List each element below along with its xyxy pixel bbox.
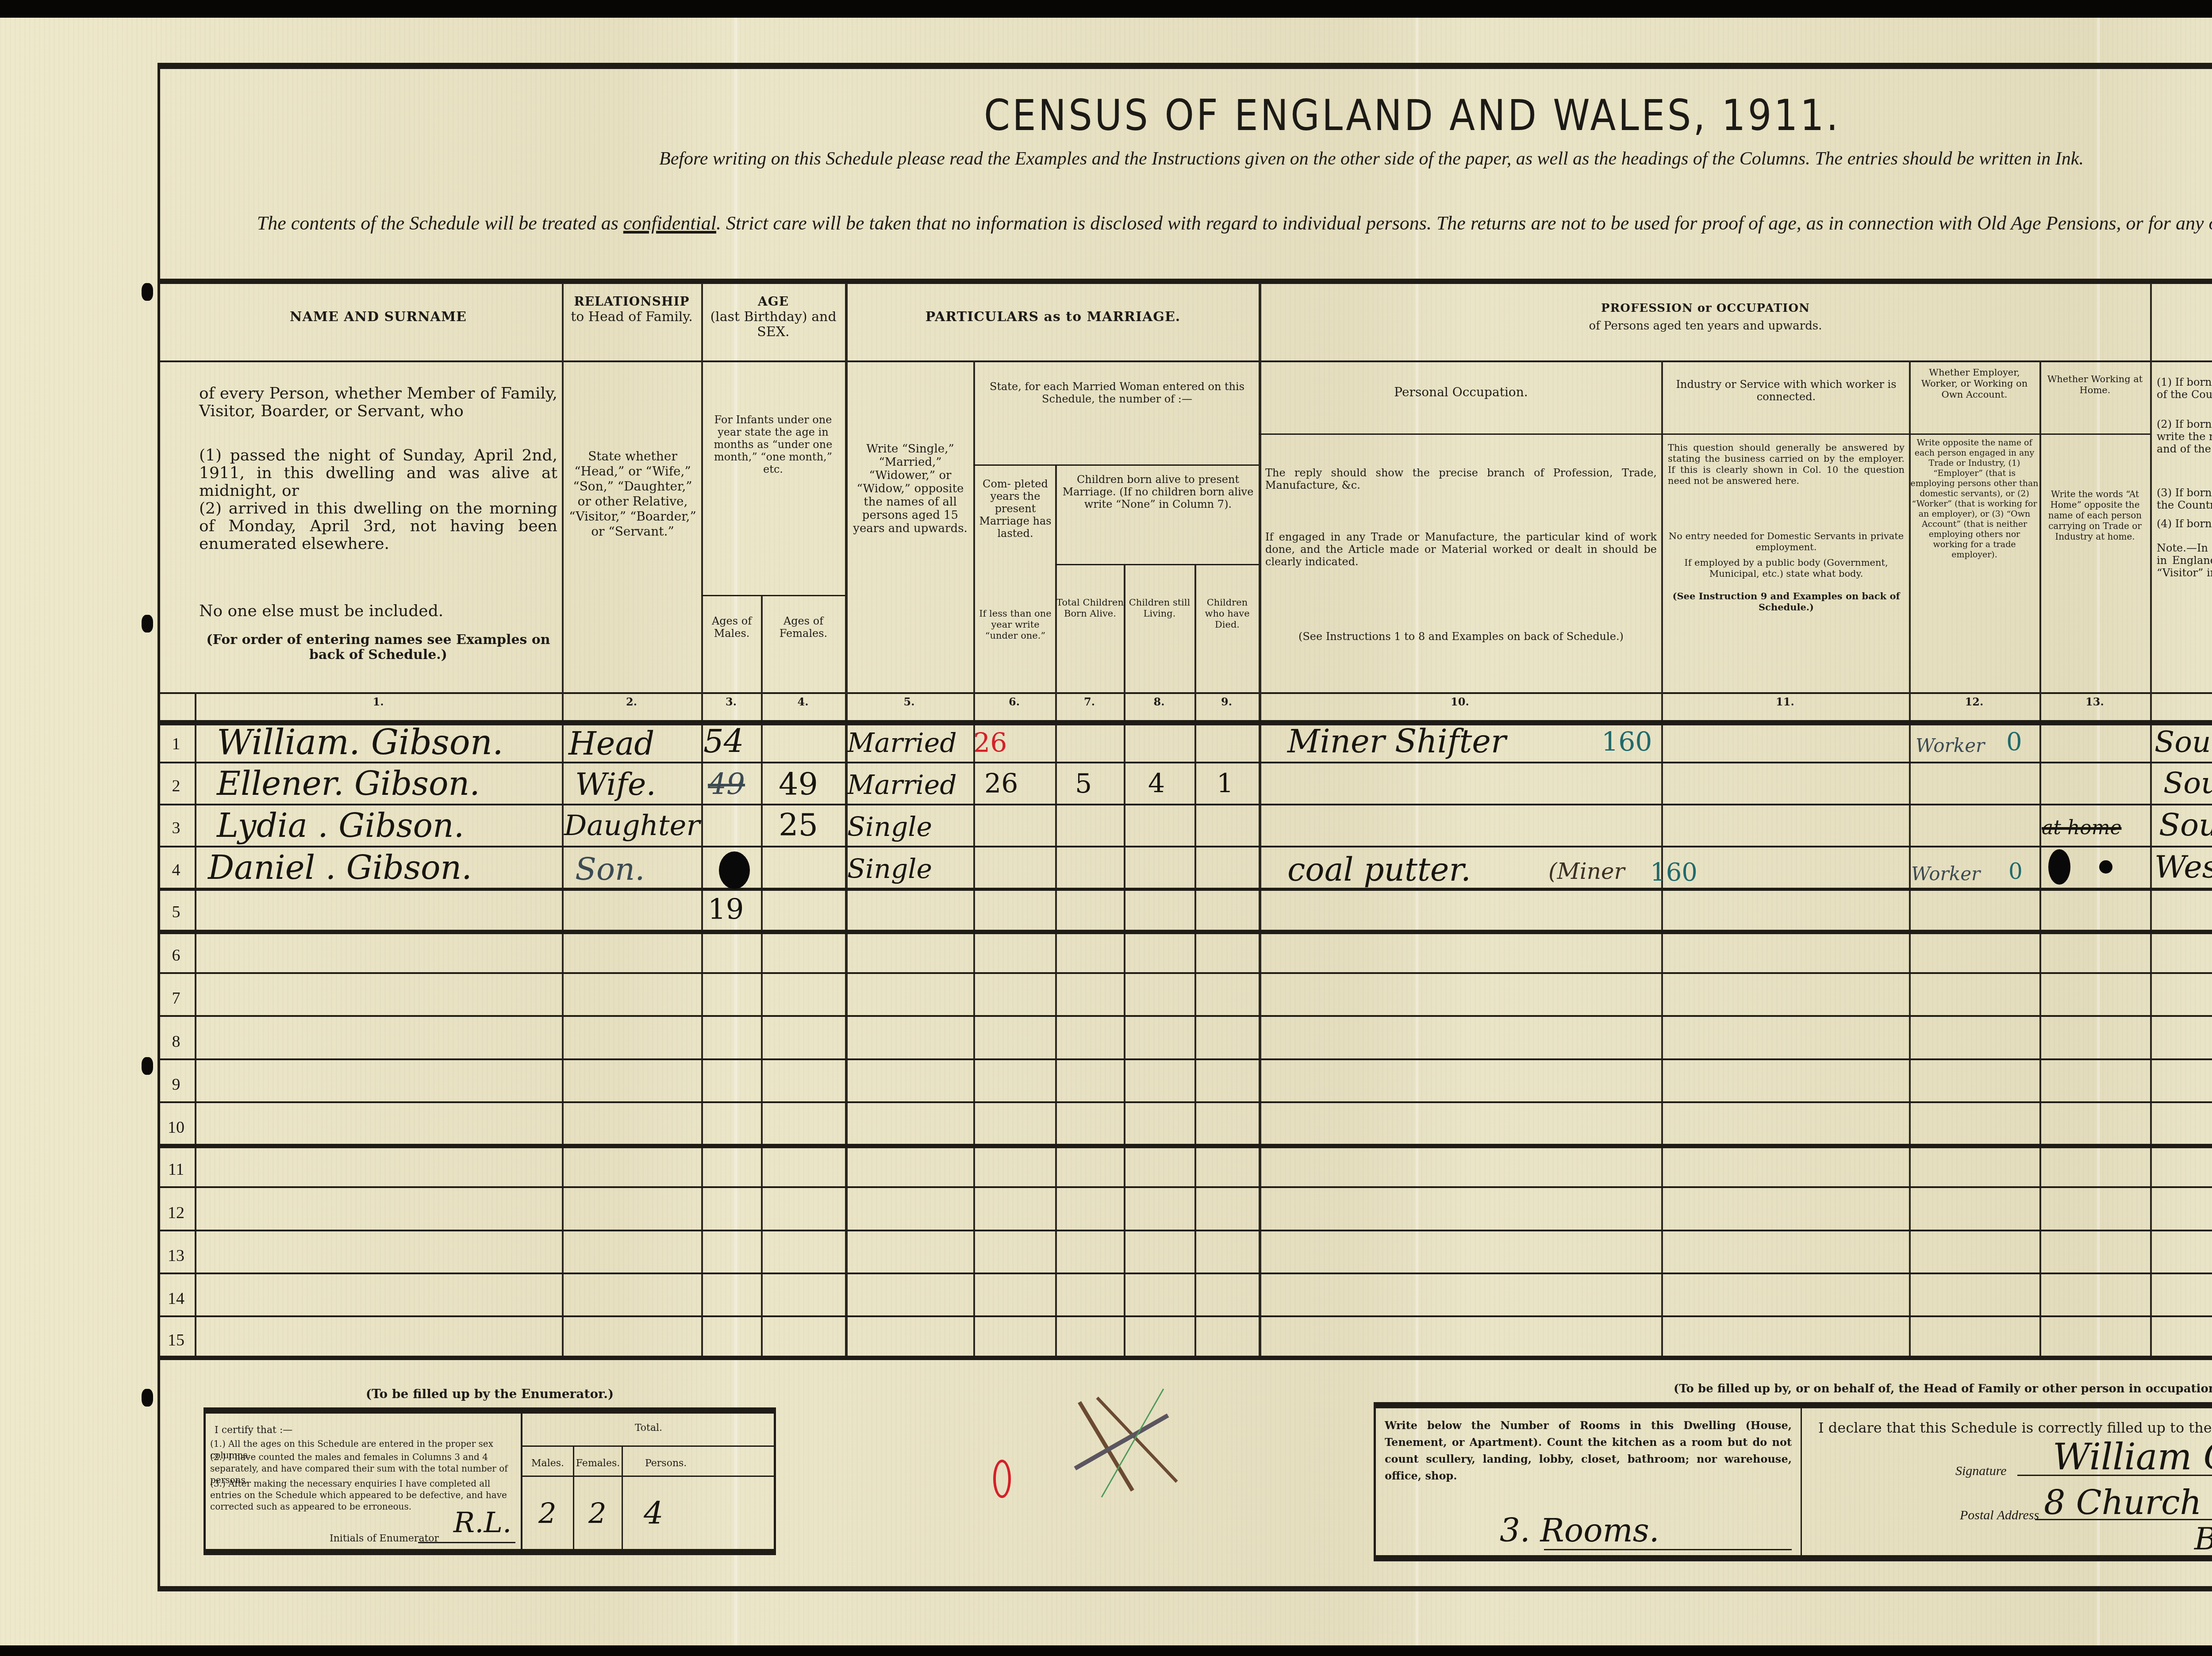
- row-rule: [160, 1315, 2212, 1317]
- rooms-value[interactable]: 3. Rooms.: [1500, 1514, 1659, 1546]
- header-name-desc5: (For order of entering names see Example…: [199, 632, 557, 663]
- cell-birthplace[interactable]: West. Boldon.: [2154, 851, 2212, 882]
- cell-occupation[interactable]: coal putter.: [1287, 854, 1471, 885]
- signature-value[interactable]: William Gibson: [2053, 1439, 2212, 1476]
- header-years-note: If less than one year write “under one.”: [975, 608, 1055, 641]
- cell-employer-code[interactable]: 0: [2008, 860, 2023, 882]
- cell-employer[interactable]: Worker: [1911, 865, 1980, 883]
- header-personal-occupation: Personal Occupation.: [1261, 385, 1661, 400]
- cell-relationship[interactable]: Daughter: [564, 812, 700, 840]
- header-birthplace-desc3: (3) If born in a Foreign Country, write …: [2157, 487, 2212, 511]
- header-name-desc3: (2) arrived in this dwelling on the morn…: [199, 500, 557, 553]
- confidential-word: confidential: [623, 212, 716, 234]
- header-industry-desc3: If employed by a public body (Government…: [1666, 557, 1907, 579]
- body-bottom-rule: [160, 1356, 2212, 1360]
- cell-relationship[interactable]: Head: [568, 728, 654, 759]
- header-at-home-desc: Write the words “At Home” opposite the n…: [2041, 489, 2149, 542]
- header-birthplace-note: Note.—In the case of persons born elsewh…: [2157, 542, 2212, 579]
- rooms-instructions: Write below the Number of Rooms in this …: [1385, 1417, 1792, 1484]
- postal-address-label: Postal Address: [1960, 1508, 2039, 1523]
- age-sub-rule: [701, 595, 845, 596]
- header-relationship-desc: State whether “Head,” or “Wife,” “Son,” …: [568, 449, 697, 539]
- cell-employer-code[interactable]: 0: [2006, 730, 2022, 755]
- header-bottom-rule: [160, 692, 2212, 694]
- col-number: 10.: [1259, 695, 1661, 708]
- header-occupation-sub: of Persons aged ten years and upwards.: [1261, 318, 2150, 333]
- row-rule: [160, 1230, 2212, 1231]
- males-label: Males.: [522, 1458, 573, 1469]
- header-married-woman: State, for each Married Woman entered on…: [975, 380, 1259, 405]
- col-divider: [973, 360, 975, 1356]
- header-rule: [160, 279, 2212, 284]
- header-personal-desc2: If engaged in any Trade or Manufacture, …: [1265, 531, 1657, 568]
- row-number: 7: [159, 989, 193, 1008]
- persons-label: Persons.: [623, 1458, 795, 1469]
- cell-occupation-note[interactable]: (Miner: [1548, 860, 1624, 882]
- row-number: 11: [159, 1160, 193, 1179]
- col-number: 5.: [845, 695, 973, 708]
- header-industry: Industry or Service with which worker is…: [1663, 378, 1909, 403]
- head-of-family-box: Write below the Number of Rooms in this …: [1374, 1402, 2212, 1561]
- cell-relationship[interactable]: Wife.: [575, 769, 656, 800]
- row-rule: [160, 846, 2212, 847]
- header-personal-desc3: (See Instructions 1 to 8 and Examples on…: [1265, 630, 1657, 643]
- cell-age-male[interactable]: 19: [708, 896, 744, 924]
- cell-age-male-struck[interactable]: 49: [708, 770, 745, 799]
- rooms-divider: [1801, 1408, 1802, 1555]
- cell-age-female[interactable]: 25: [779, 809, 818, 840]
- header-name-desc2: (1) passed the night of Sunday, April 2n…: [199, 447, 557, 500]
- header-marriage-condition: Write “Single,” “Married,” “Widower,” or…: [847, 442, 973, 535]
- col-divider: [2150, 283, 2152, 1356]
- cell-relationship[interactable]: Son.: [575, 854, 645, 885]
- cell-children-died[interactable]: 1: [1217, 770, 1233, 797]
- header-relationship-sub: to Head of Family.: [563, 310, 701, 325]
- row-rule: [160, 1273, 2212, 1274]
- header-age-males: Ages of Males.: [703, 615, 760, 640]
- header-employer-desc: Write opposite the name of each person e…: [1910, 438, 2039, 560]
- certify-label: I certify that :—: [215, 1425, 292, 1436]
- cell-birthplace[interactable]: South Shields. Durham: [2154, 728, 2212, 757]
- col-divider: [1194, 564, 1196, 1356]
- cell-occupation-code[interactable]: 160: [1650, 860, 1697, 885]
- binder-hole: [142, 615, 153, 632]
- col-number: 3.: [701, 695, 761, 708]
- row-number: 4: [159, 860, 193, 880]
- cell-age-male[interactable]: 54: [703, 725, 744, 757]
- col-number: 6.: [973, 695, 1055, 708]
- header-relationship: RELATIONSHIP: [563, 294, 701, 309]
- header-sub-rule: [160, 360, 2212, 362]
- row-number: 13: [159, 1246, 193, 1265]
- declaration-text: I declare that this Schedule is correctl…: [1818, 1419, 2212, 1436]
- header-name-desc4: No one else must be included.: [199, 604, 557, 619]
- total-males[interactable]: 2: [538, 1500, 557, 1528]
- enumerator-certificate-box: I certify that :— (1.) All the ages on t…: [204, 1407, 776, 1555]
- header-name: NAME AND SURNAME: [195, 310, 562, 325]
- header-children: Children born alive to present Marriage.…: [1057, 473, 1259, 510]
- header-name-desc1: of every Person, whether Member of Famil…: [199, 385, 557, 420]
- head-of-family-heading: (To be filled up by, or on behalf of, th…: [1374, 1382, 2212, 1395]
- header-personal-desc1: The reply should show the precise branch…: [1265, 467, 1657, 491]
- col-divider: [195, 692, 196, 1356]
- cell-at-home-struck[interactable]: at home: [2042, 818, 2122, 838]
- header-years-married: Com- pleted years the present Marriage h…: [975, 478, 1055, 540]
- cell-name[interactable]: Ellener. Gibson.: [217, 767, 480, 800]
- row-number: 10: [159, 1118, 193, 1137]
- cell-condition[interactable]: Single: [847, 856, 932, 882]
- cell-children-born[interactable]: 5: [1075, 770, 1092, 797]
- header-birthplace-desc2: (2) If born in any other part of the Bri…: [2157, 418, 2212, 455]
- binder-hole: [142, 1057, 153, 1075]
- initials-value[interactable]: R.L.: [453, 1509, 511, 1537]
- row-number: 12: [159, 1203, 193, 1223]
- row-number: 5: [159, 902, 193, 922]
- cell-age-female[interactable]: 49: [779, 769, 818, 800]
- cell-name[interactable]: William. Gibson.: [217, 725, 503, 760]
- page-title: CENSUS OF ENGLAND AND WALES, 1911.: [169, 91, 2212, 140]
- binder-hole: [142, 283, 153, 301]
- header-still-living: Children still Living.: [1125, 597, 1194, 619]
- totals-rule: [522, 1476, 775, 1477]
- header-industry-desc2: No entry needed for Domestic Servants in…: [1666, 531, 1907, 553]
- cell-children-living[interactable]: 4: [1148, 770, 1165, 797]
- ink-blot: [2048, 849, 2070, 885]
- header-industry-desc1: This question should generally be answer…: [1668, 442, 1905, 487]
- form-frame: [157, 63, 2212, 1591]
- header-occupation: PROFESSION or OCCUPATION: [1261, 301, 2150, 316]
- header-age-desc: For Infants under one year state the age…: [706, 414, 841, 475]
- row-rule: [160, 930, 2212, 934]
- cell-condition[interactable]: Single: [847, 814, 932, 840]
- initials-line: [418, 1542, 515, 1543]
- cell-name[interactable]: Lydia . Gibson.: [217, 809, 464, 842]
- cell-condition[interactable]: Married: [847, 772, 957, 798]
- row-number: 8: [159, 1032, 193, 1051]
- cell-occupation-code[interactable]: 160: [1601, 729, 1652, 755]
- col-number: 9.: [1194, 695, 1259, 708]
- marriage-sub-rule: [973, 464, 1259, 466]
- binder-hole: [142, 1389, 153, 1407]
- col-divider: [701, 283, 703, 1356]
- instruction-line: Before writing on this Schedule please r…: [398, 148, 2212, 169]
- row-number: 14: [159, 1289, 193, 1308]
- red-pencil-circle: [993, 1460, 1011, 1498]
- ink-blot: [719, 851, 750, 889]
- col-number: 11.: [1661, 695, 1909, 708]
- header-birthplace: BIRTHPLACE: [2151, 301, 2212, 316]
- row-number: 9: [159, 1075, 193, 1094]
- cell-condition[interactable]: Married: [847, 730, 957, 756]
- col-number: 2.: [562, 695, 701, 708]
- header-industry-desc4: (See Instruction 9 and Examples on back …: [1666, 590, 1907, 613]
- cell-years-married[interactable]: 26: [973, 730, 1007, 756]
- row-number: 2: [159, 776, 193, 796]
- header-total-born: Total Children Born Alive.: [1056, 597, 1124, 619]
- occupation-sub-rule: [1259, 433, 2150, 435]
- col-number: 7.: [1055, 695, 1124, 708]
- header-at-home: Whether Working at Home.: [2041, 374, 2149, 396]
- header-age-females: Ages of Females.: [763, 615, 844, 640]
- col-divider: [562, 283, 564, 1356]
- row-rule: [160, 972, 2212, 974]
- confidentiality-notice: The contents of the Schedule will be tre…: [190, 208, 2212, 239]
- totals-rule: [522, 1445, 775, 1447]
- totals-divider: [521, 1414, 522, 1549]
- cell-name[interactable]: Daniel . Gibson.: [208, 851, 472, 884]
- row-rule: [160, 1015, 2212, 1017]
- col-number: 4.: [761, 695, 845, 708]
- header-age-sub: (last Birthday) and SEX.: [703, 310, 844, 340]
- header-birthplace-sub: of every person.: [2151, 316, 2212, 331]
- col-number: 14.: [2150, 695, 2212, 708]
- row-rule: [160, 1144, 2212, 1148]
- cell-employer[interactable]: Worker: [1916, 736, 1985, 755]
- postal-address-line1[interactable]: 8 Church Str. Co Durham: [2044, 1486, 2212, 1519]
- row-number: 15: [159, 1330, 193, 1350]
- header-employer: Whether Employer, Worker, or Working on …: [1910, 367, 2039, 400]
- total-females[interactable]: 2: [588, 1500, 607, 1528]
- col-divider: [761, 595, 763, 1356]
- signature-label: Signature: [1955, 1464, 2007, 1479]
- header-died: Children who have Died.: [1196, 597, 1259, 630]
- total-persons[interactable]: 4: [644, 1498, 664, 1529]
- row-number: 3: [159, 818, 193, 838]
- children-sub-rule: [1055, 564, 1259, 565]
- col-number: 12.: [1909, 695, 2039, 708]
- postal-address-line2[interactable]: Boldon . Colly.: [2194, 1523, 2212, 1554]
- cell-years-married[interactable]: 26: [984, 770, 1018, 797]
- row-rule: [160, 1058, 2212, 1060]
- cell-birthplace[interactable]: South Shields: [2159, 809, 2212, 840]
- cell-birthplace[interactable]: South Shields.: [2163, 769, 2212, 798]
- rooms-line: [1544, 1549, 1792, 1550]
- col-number: 8.: [1124, 695, 1194, 708]
- row-number: 1: [159, 734, 193, 754]
- females-label: Females.: [574, 1458, 622, 1469]
- row-rule: [160, 804, 2212, 805]
- row-rule: [160, 888, 2212, 891]
- cell-occupation[interactable]: Miner Shifter: [1287, 725, 1506, 757]
- enumerator-heading: (To be filled up by the Enumerator.): [204, 1387, 776, 1401]
- row-number: 6: [159, 946, 193, 965]
- header-marriage: PARTICULARS as to MARRIAGE.: [847, 310, 1259, 325]
- ink-blot: [2099, 860, 2112, 874]
- row-rule: [160, 1101, 2212, 1103]
- header-birthplace-desc4: (4) If born at sea, write “At Sea.”: [2157, 517, 2212, 530]
- header-age: AGE: [703, 294, 844, 309]
- total-label: Total.: [522, 1422, 775, 1434]
- crossed-marks-icon: [1066, 1384, 1199, 1499]
- col-number: 1.: [195, 695, 562, 708]
- col-divider: [1259, 283, 1261, 1356]
- col-number: 13.: [2039, 695, 2150, 708]
- header-birthplace-desc1: (1) If born in the United Kingdom, write…: [2157, 376, 2212, 401]
- row-rule: [160, 1186, 2212, 1188]
- col-divider: [1124, 564, 1125, 1356]
